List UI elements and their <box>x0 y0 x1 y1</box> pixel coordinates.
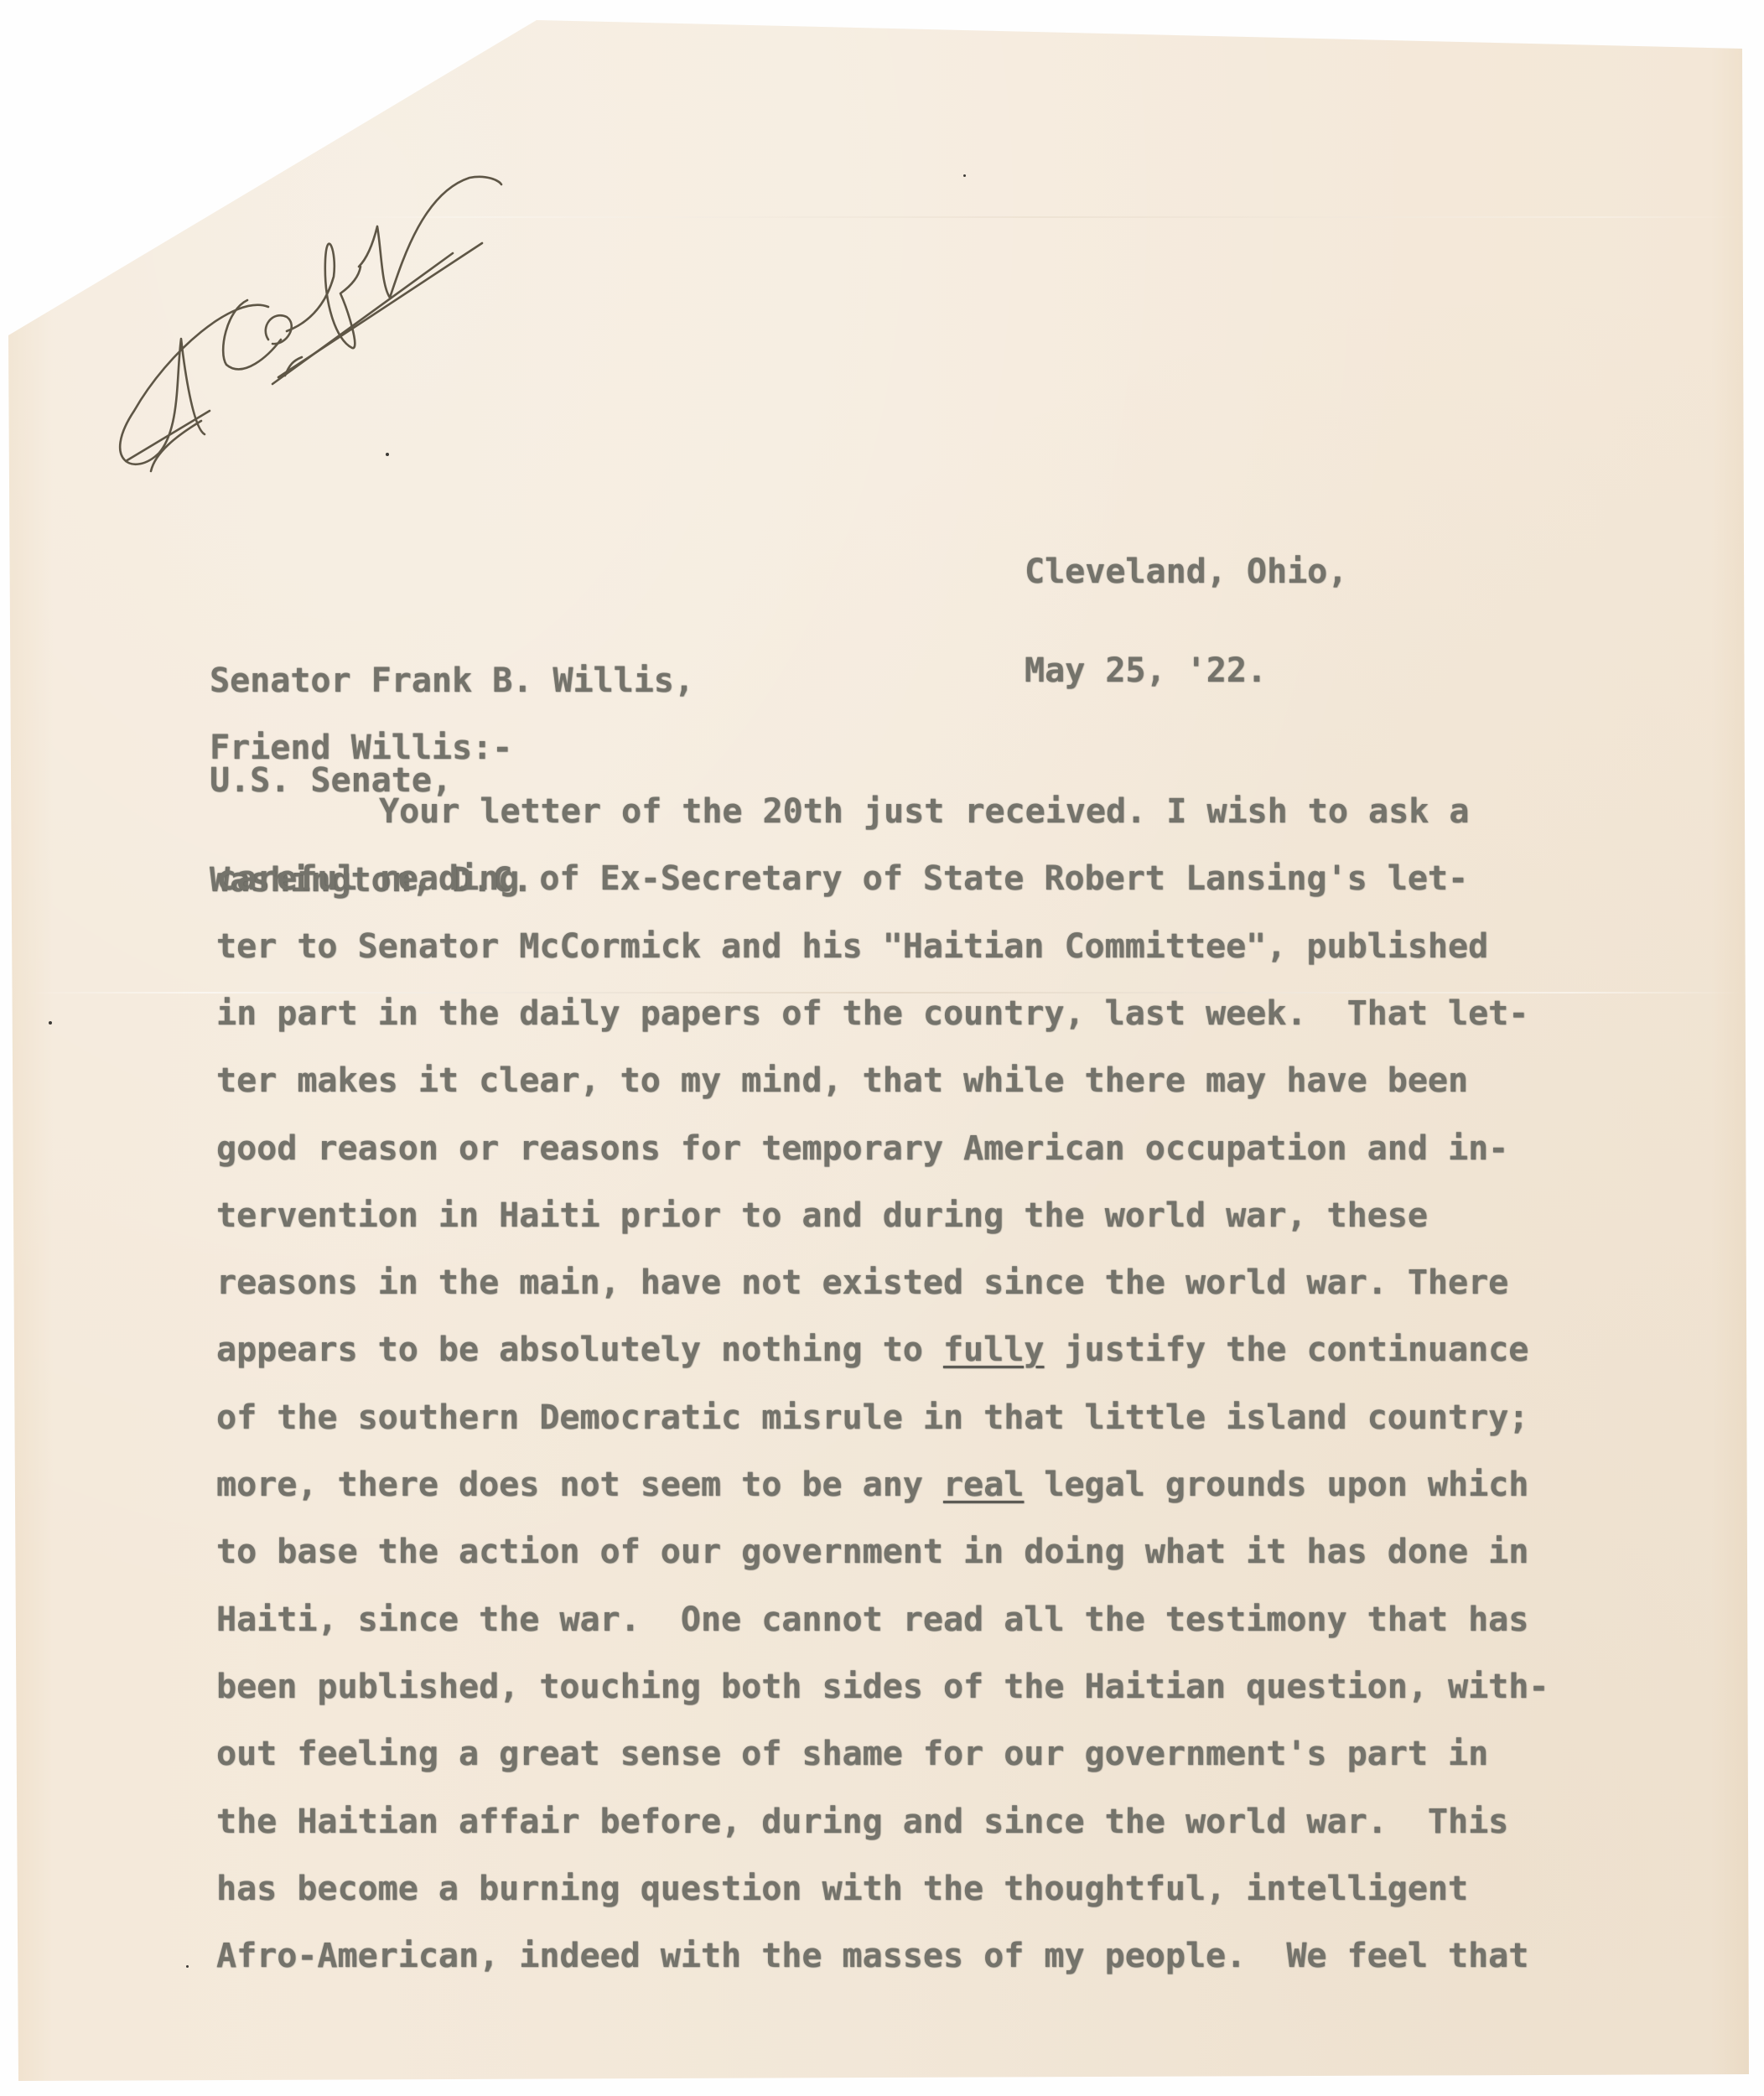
body-line: has become a burning question with the t… <box>216 1872 1468 1906</box>
body-text: of the southern Democratic misrule in th… <box>216 1398 1528 1437</box>
body-line: the Haitian affair before, during and si… <box>216 1805 1508 1839</box>
body-line: of the southern Democratic misrule in th… <box>216 1401 1528 1435</box>
body-line: out feeling a great sense of shame for o… <box>216 1737 1488 1771</box>
body-text: to base the action of our government in … <box>216 1533 1528 1571</box>
body-text: in part in the daily papers of the count… <box>216 994 1528 1033</box>
body-line: to base the action of our government in … <box>216 1535 1528 1569</box>
body-line: tervention in Haiti prior to and during … <box>216 1199 1428 1232</box>
body-line: in part in the daily papers of the count… <box>216 997 1528 1030</box>
body-text: been published, touching both sides of t… <box>216 1668 1549 1706</box>
fold-crease <box>25 992 1744 994</box>
body-text: careful reading of Ex-Secretary of State… <box>216 859 1468 898</box>
body-line: been published, touching both sides of t… <box>216 1670 1549 1704</box>
body-line: Your letter of the 20th just received. I… <box>379 795 1469 828</box>
body-text: the Haitian affair before, during and si… <box>216 1803 1508 1841</box>
body-line: appears to be absolutely nothing to full… <box>216 1333 1528 1367</box>
body-line: careful reading of Ex-Secretary of State… <box>216 862 1468 895</box>
body-line: ter to Senator McCormick and his "Haitia… <box>216 930 1488 963</box>
scanned-page: Cleveland, Ohio, May 25, '22. Senator Fr… <box>0 0 1764 2096</box>
recipient-address: Senator Frank B. Willis, U.S. Senate, Wa… <box>210 597 694 963</box>
underlined-emphasis: real <box>943 1466 1024 1504</box>
body-text: Haiti, since the war. One cannot read al… <box>216 1601 1528 1639</box>
body-text: ter makes it clear, to my mind, that whi… <box>216 1061 1468 1100</box>
paper-speck <box>386 453 389 456</box>
body-line: more, there does not seem to be any real… <box>216 1468 1528 1502</box>
body-text: ter to Senator McCormick and his "Haitia… <box>216 927 1488 966</box>
body-text: Afro-American, indeed with the masses of… <box>216 1937 1528 1975</box>
body-line: good reason or reasons for temporary Ame… <box>216 1132 1508 1165</box>
paper-speck <box>186 1965 189 1968</box>
date-block: Cleveland, Ohio, May 25, '22. <box>1025 488 1347 753</box>
body-line: reasons in the main, have not existed si… <box>216 1266 1508 1300</box>
body-text: tervention in Haiti prior to and during … <box>216 1196 1428 1235</box>
sender-location: Cleveland, Ohio, <box>1025 555 1347 587</box>
body-text: more, there does not seem to be any <box>216 1466 943 1504</box>
body-line: ter makes it clear, to my mind, that whi… <box>216 1064 1468 1097</box>
body-text: out feeling a great sense of shame for o… <box>216 1735 1488 1773</box>
letter-date: May 25, '22. <box>1025 654 1347 686</box>
paper-speck <box>49 1021 52 1025</box>
body-line: Afro-American, indeed with the masses of… <box>216 1939 1528 1973</box>
body-text: Your letter of the 20th just received. I… <box>379 792 1469 831</box>
body-text: has become a burning question with the t… <box>216 1870 1468 1908</box>
salutation: Friend Willis:- <box>210 731 512 765</box>
body-text: legal grounds upon which <box>1024 1466 1528 1504</box>
underlined-emphasis: fully <box>943 1331 1044 1369</box>
body-text: good reason or reasons for temporary Ame… <box>216 1129 1508 1168</box>
recipient-name: Senator Frank B. Willis, <box>210 664 694 697</box>
body-text: justify the continuance <box>1044 1331 1528 1369</box>
body-text: appears to be absolutely nothing to <box>216 1331 943 1369</box>
body-line: Haiti, since the war. One cannot read al… <box>216 1603 1528 1637</box>
body-text: reasons in the main, have not existed si… <box>216 1263 1508 1302</box>
paper-speck <box>963 174 966 177</box>
handwritten-annotation <box>101 159 637 478</box>
